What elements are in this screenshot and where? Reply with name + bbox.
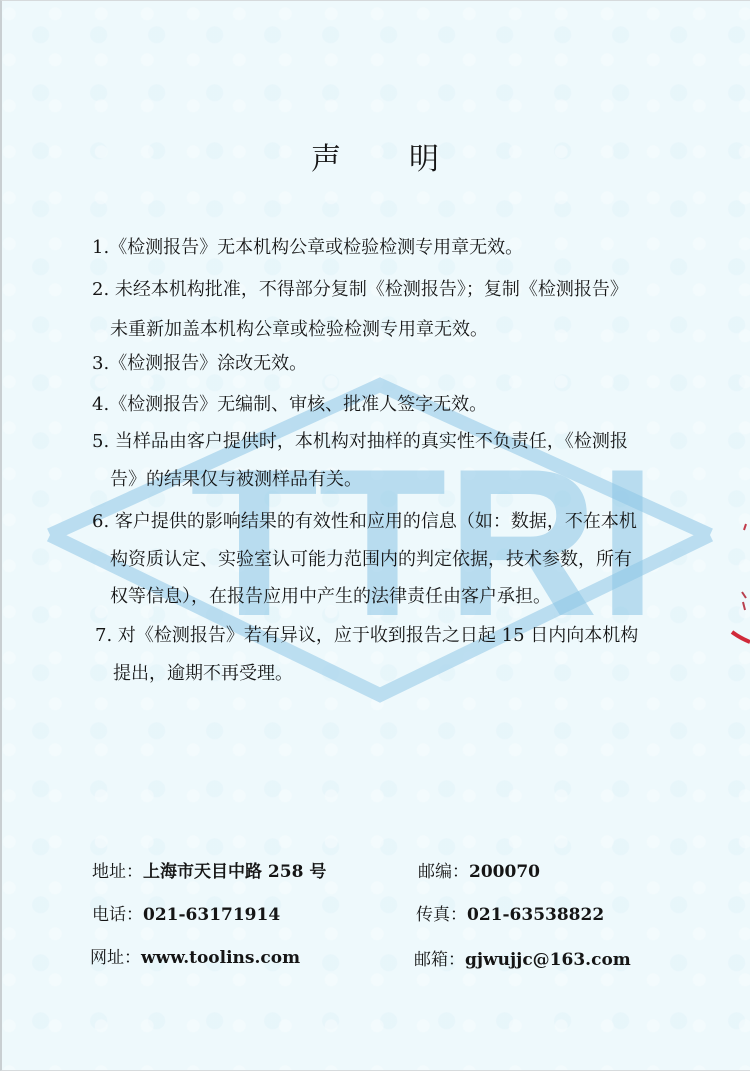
fax: 传真：021-63538822 (416, 903, 604, 927)
page-title: 声明 (0, 140, 750, 180)
clause-text: 《检测报告》涂改无效。 (109, 353, 307, 374)
clause-text: 客户提供的影响结果的有效性和应用的信息（如：数据，不在本机 (115, 511, 637, 532)
clause-text: 未经本机构批准，不得部分复制《检测报告》；复制《检测报告》 (115, 279, 628, 300)
clause-5: 5. 当样品由客户提供时，本机构对抽样的真实性不负责任，《检测报 (92, 430, 628, 454)
clause-6-continued-2: 权等信息），在报告应用中产生的法律责任由客户承担。 (110, 585, 551, 609)
clause-text: 当样品由客户提供时，本机构对抽样的真实性不负责任，《检测报 (115, 431, 628, 452)
clause-6-continued-1: 构资质认定、实验室认可能力范围内的判定依据，技术参数，所有 (110, 548, 632, 572)
website: 网址：www.toolins.com (90, 946, 300, 970)
clause-7: 7. 对《检测报告》若有异议，应于收到报告之日起 15 日内向本机构 (95, 624, 638, 648)
email: 邮箱：gjwujjc@163.com (414, 948, 631, 972)
red-seal-edge-icon (730, 520, 750, 680)
clause-number: 3. (92, 353, 109, 374)
postcode: 邮编：200070 (418, 860, 540, 884)
fax-value: 021-63538822 (467, 905, 604, 925)
address-label: 地址： (92, 862, 143, 882)
clause-text: 《检测报告》无编制、审核、批准人签字无效。 (109, 394, 487, 415)
website-value[interactable]: www.toolins.com (141, 948, 300, 968)
clause-7-continued: 提出，逾期不再受理。 (113, 662, 293, 686)
phone: 电话：021-63171914 (92, 903, 280, 927)
phone-label: 电话： (92, 905, 143, 925)
clause-number: 4. (92, 394, 109, 415)
address: 地址：上海市天目中路 258 号 (92, 860, 326, 884)
postcode-label: 邮编： (418, 862, 469, 882)
clause-3: 3.《检测报告》涂改无效。 (92, 352, 307, 376)
clause-1: 1.《检测报告》无本机构公章或检验检测专用章无效。 (92, 236, 523, 260)
clause-text: 《检测报告》无本机构公章或检验检测专用章无效。 (109, 237, 523, 258)
website-label: 网址： (90, 948, 141, 968)
clause-6: 6. 客户提供的影响结果的有效性和应用的信息（如：数据，不在本机 (92, 510, 637, 534)
clause-5-continued: 告》的结果仅与被测样品有关。 (110, 468, 362, 492)
email-value[interactable]: gjwujjc@163.com (465, 950, 631, 970)
clause-text: 对《检测报告》若有异议，应于收到报告之日起 15 日内向本机构 (118, 625, 638, 646)
clause-4: 4.《检测报告》无编制、审核、批准人签字无效。 (92, 393, 487, 417)
clause-2-continued: 未重新加盖本机构公章或检验检测专用章无效。 (110, 318, 488, 342)
clause-number: 1. (92, 237, 109, 258)
clause-2: 2. 未经本机构批准，不得部分复制《检测报告》；复制《检测报告》 (92, 278, 628, 302)
fax-label: 传真： (416, 905, 467, 925)
address-value: 上海市天目中路 258 号 (143, 862, 326, 882)
clause-number: 5. (92, 431, 109, 452)
ttri-logo-watermark: TTRI (40, 375, 720, 705)
email-label: 邮箱： (414, 950, 465, 970)
postcode-value: 200070 (469, 862, 540, 882)
clause-number: 2. (92, 279, 109, 300)
phone-value: 021-63171914 (143, 905, 280, 925)
clause-number: 6. (92, 511, 109, 532)
clause-number: 7. (95, 625, 112, 646)
